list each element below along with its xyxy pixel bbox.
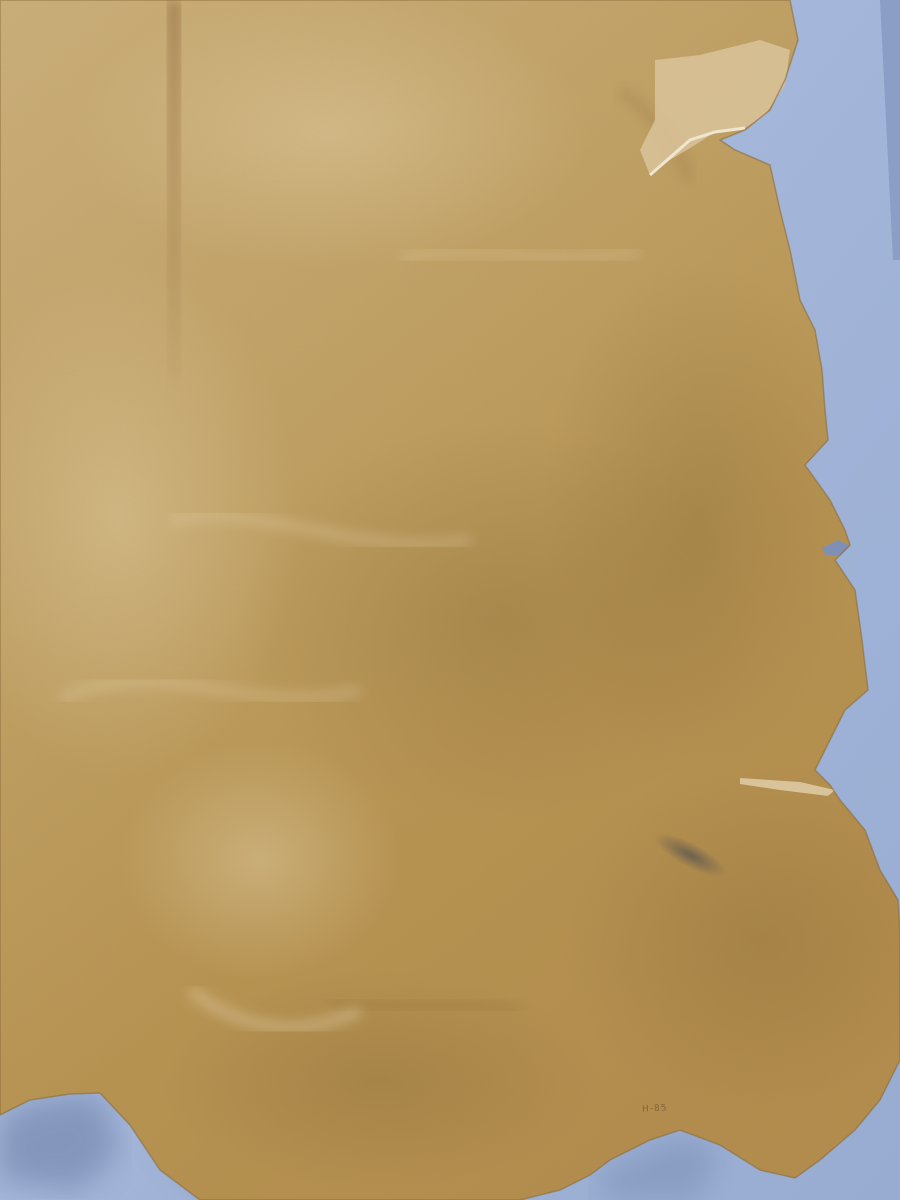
pencil-mark: H-85	[642, 1103, 668, 1114]
hide	[0, 0, 900, 1200]
hide-photo	[0, 0, 900, 1200]
photo-scene: Large tan-to-ochre suede hide fills most…	[0, 0, 900, 1200]
